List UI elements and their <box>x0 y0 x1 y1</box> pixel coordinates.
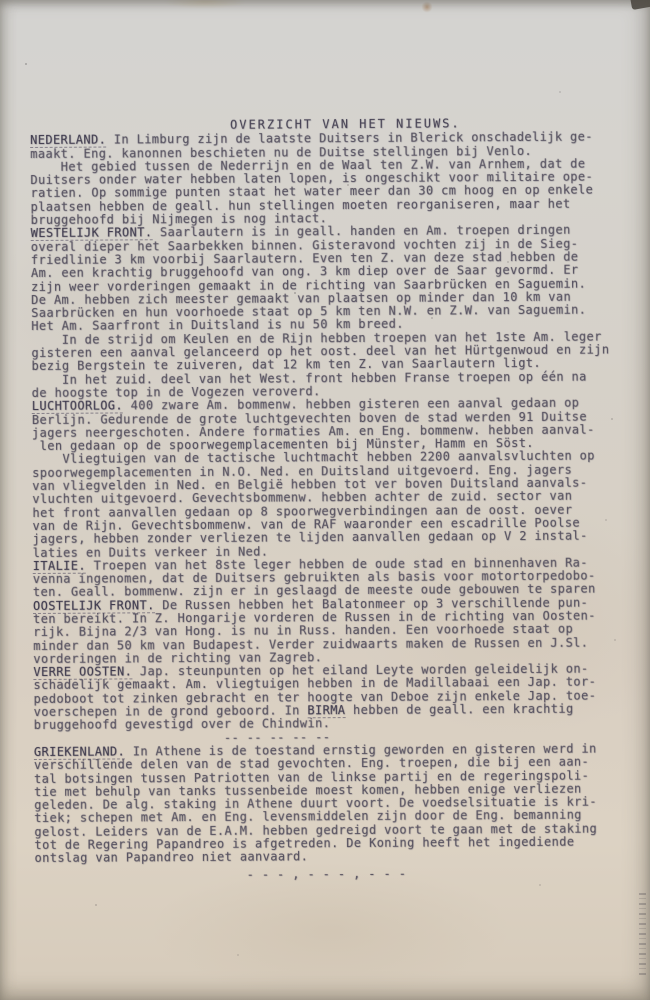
document-body: OVERZICHT VAN HET NIEUWS. NEDERLAND. In … <box>30 116 630 883</box>
document-page: OVERZICHT VAN HET NIEUWS. NEDERLAND. In … <box>0 0 650 1000</box>
corner-shadow <box>630 0 650 10</box>
text-line: ontslag van Papandreo niet aanvaard. <box>34 849 629 866</box>
margin-annotation-marks <box>639 893 646 977</box>
footer-dashes: - - - , - - - , - - - <box>35 866 630 883</box>
document-lines: NEDERLAND. In Limburg zijn de laatste Du… <box>30 131 629 866</box>
